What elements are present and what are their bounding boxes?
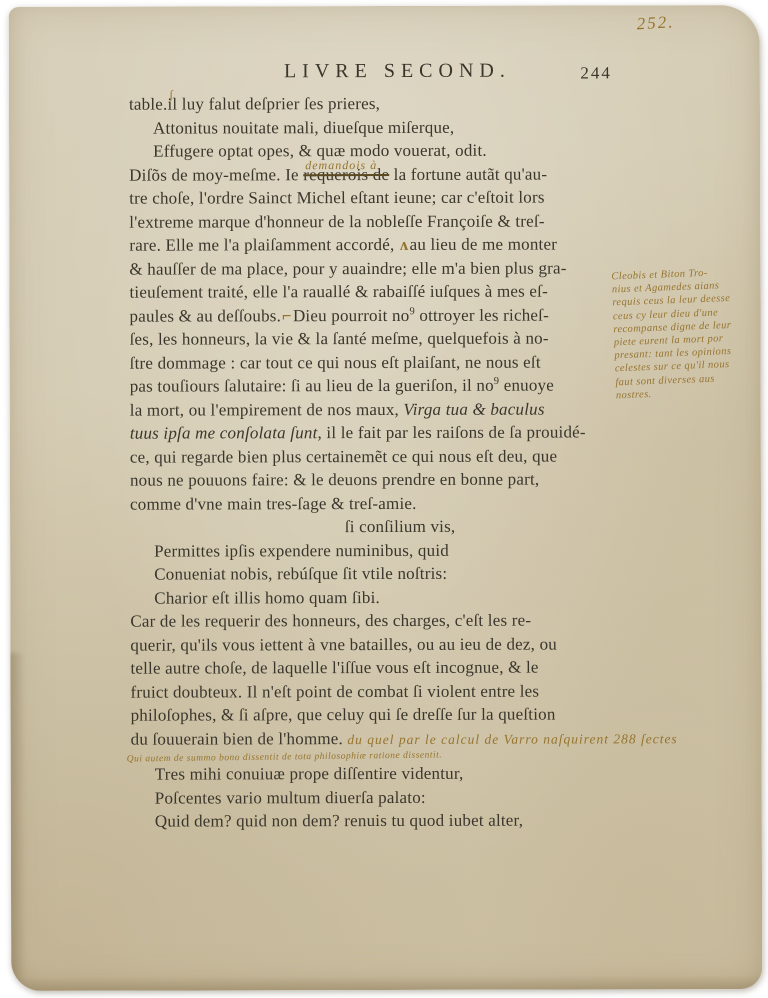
printed-text: ſtre dommage : car tout ce qui nous eſt … (130, 352, 541, 372)
printed-text: l'extreme marque d'honneur de la nobleſſ… (129, 211, 544, 231)
printed-text: tuus ipſa me conſolata ſunt (130, 423, 318, 442)
body-text-line: philoſophes, & ſi aſpre, que celuy qui ſ… (131, 702, 671, 727)
printed-text: , il le fait par les raiſons de ſa proui… (317, 422, 585, 442)
printed-text: Tres mihi conuiuæ prope diſſentire viden… (155, 764, 464, 784)
body-text-line: fruict doubteux. Il n'eſt point de comba… (130, 679, 670, 704)
body-text-line: ſi conſilium vis, (130, 514, 670, 539)
printed-text: Charior eſt illis homo quam ſibi. (154, 588, 380, 608)
body-text-line: pas touſiours ſalutaire: ſi au lieu de l… (130, 373, 670, 398)
printed-text: & hauſſer de ma place, pour y auaindre; … (129, 258, 566, 278)
printed-text: nous ne pouuons faire: & le deuons prend… (130, 470, 539, 490)
body-text-line: tieuſement traité, elle l'a rauallé & ra… (129, 279, 669, 304)
body-text-line: Tres mihi conuiuæ prope diſſentire viden… (131, 761, 671, 786)
printed-text: Diſõs de moy-meſme. Ie (129, 165, 303, 184)
body-text-line: Conueniat nobis, rebúſque ſit vtile noſt… (130, 561, 670, 586)
printed-text: tieuſement traité, elle l'a rauallé & ra… (129, 282, 548, 302)
printed-text: rare. Elle me l'a plaiſamment accordé, (129, 235, 399, 255)
printed-text: luy falut deſprier ſes prieres, (177, 94, 380, 114)
printed-page-number: 244 (580, 63, 612, 83)
handwritten-addition: du quel par le calcul de Varro naſquiren… (343, 731, 678, 747)
body-text-line: rare. Elle me l'a plaiſamment accordé, ʌ… (129, 232, 669, 257)
printed-text: au lieu de me monter (410, 235, 558, 254)
printed-text: tre choſe, l'ordre Sainct Michel eſtant … (129, 188, 544, 208)
printed-text: Attonitus nouitate mali, diueſque miſerq… (153, 117, 454, 137)
body-text-line: querir, qu'ils vous iettent à vne batail… (130, 632, 670, 657)
body-text-line: Car de les requerir des honneurs, des ch… (130, 608, 670, 633)
printed-text: la mort, ou l'empirement de nos maux, (130, 399, 404, 419)
body-text-line: tuus ipſa me conſolata ſunt, il le fait … (130, 420, 670, 445)
body-text-line: table.il∫ luy falut deſprier ſes prieres… (129, 91, 669, 116)
printed-text: Permittes ipſis expendere numinibus, qui… (154, 540, 449, 560)
printed-text: pas touſiours ſalutaire: ſi au lieu de l… (130, 376, 494, 396)
handwritten-mark: ⌐ (282, 306, 292, 325)
printed-text: du ſouuerain bien de l'homme. (131, 729, 343, 749)
handwritten-correction: ∫ (169, 84, 173, 108)
body-text-line: Quid dem? quid non dem? renuis tu quod i… (131, 808, 671, 833)
printed-text: philoſophes, & ſi aſpre, que celuy qui ſ… (131, 705, 556, 725)
printed-text: Virga tua & baculus (403, 399, 544, 418)
printed-text: Car de les requerir des honneurs, des ch… (130, 611, 531, 631)
printed-text: telle autre choſe, de laquelle l'iſſue v… (130, 658, 538, 678)
printed-text: Dieu pourroit no (293, 305, 410, 324)
printed-text: Poſcentes vario multum diuerſa palato: (155, 787, 426, 807)
body-text-line: Charior eſt illis homo quam ſibi. (130, 585, 670, 610)
printed-text: Quid dem? quid non dem? renuis tu quod i… (155, 811, 523, 831)
body-text-line: Effugere optat opes, & quæ modo vouerat,… (129, 138, 669, 163)
body-text-line: ſes, les honneurs, la vie & la ſanté meſ… (130, 326, 670, 351)
body-text-block: table.il∫ luy falut deſprier ſes prieres… (129, 91, 671, 833)
printed-text: ottroyer les richeſ- (415, 305, 549, 324)
printed-text: querir, qu'ils vous iettent à vne batail… (130, 634, 557, 654)
printed-text: ſes, les honneurs, la vie & la ſanté meſ… (130, 329, 549, 349)
book-page: 252. LIVRE SECOND. 244 table.il∫ luy fal… (9, 5, 763, 991)
printed-text: enuoye (499, 376, 554, 395)
printed-text: paules & au deſſoubs. (129, 306, 281, 325)
printed-text: ſi conſilium vis, (345, 517, 456, 536)
body-text-line: paules & au deſſoubs.⌐Dieu pourroit no9 … (129, 303, 669, 328)
printed-text: table. (129, 95, 168, 114)
body-text-line: Poſcentes vario multum diuerſa palato: (131, 785, 671, 810)
printed-text: comme d'vne main tres-ſage & treſ-amie. (130, 493, 417, 513)
body-text-line: nous ne pouuons faire: & le deuons prend… (130, 467, 670, 492)
body-text-line: comme d'vne main tres-ſage & treſ-amie. (130, 491, 670, 516)
body-text-line: l'extreme marque d'honneur de la nobleſſ… (129, 209, 669, 234)
body-text-line: telle autre choſe, de laquelle l'iſſue v… (130, 655, 670, 680)
handwritten-mark: ʌ (400, 235, 409, 254)
body-text-line: Permittes ipſis expendere numinibus, qui… (130, 538, 670, 563)
body-text-line: tre choſe, l'ordre Sainct Michel eſtant … (129, 185, 669, 210)
printed-text: fruict doubteux. Il n'eſt point de comba… (130, 681, 539, 701)
handwritten-correction: demandois à (305, 154, 377, 178)
margin-annotation: Cleobis et Biton Tro-nius et Agamedes ai… (611, 264, 762, 402)
body-text-line: Diſõs de moy-meſme. Ie requerois dedeman… (129, 162, 669, 187)
body-text-line: ce, qui regarde bien plus certainemẽt ce… (130, 444, 670, 469)
body-text-line: ſtre dommage : car tout ce qui nous eſt … (130, 350, 670, 375)
handwritten-folio-number: 252. (636, 12, 675, 34)
printed-text: la fortune autãt qu'au- (389, 164, 547, 183)
scanned-page-background: 252. LIVRE SECOND. 244 table.il∫ luy fal… (0, 0, 768, 998)
printed-text: Conueniat nobis, rebúſque ſit vtile noſt… (154, 564, 447, 584)
body-text-line: Attonitus nouitate mali, diueſque miſerq… (129, 115, 669, 140)
body-text-line: la mort, ou l'empirement de nos maux, Vi… (130, 397, 670, 422)
body-text-line: & hauſſer de ma place, pour y auaindre; … (129, 256, 669, 281)
printed-text: ce, qui regarde bien plus certainemẽt ce… (130, 446, 557, 466)
